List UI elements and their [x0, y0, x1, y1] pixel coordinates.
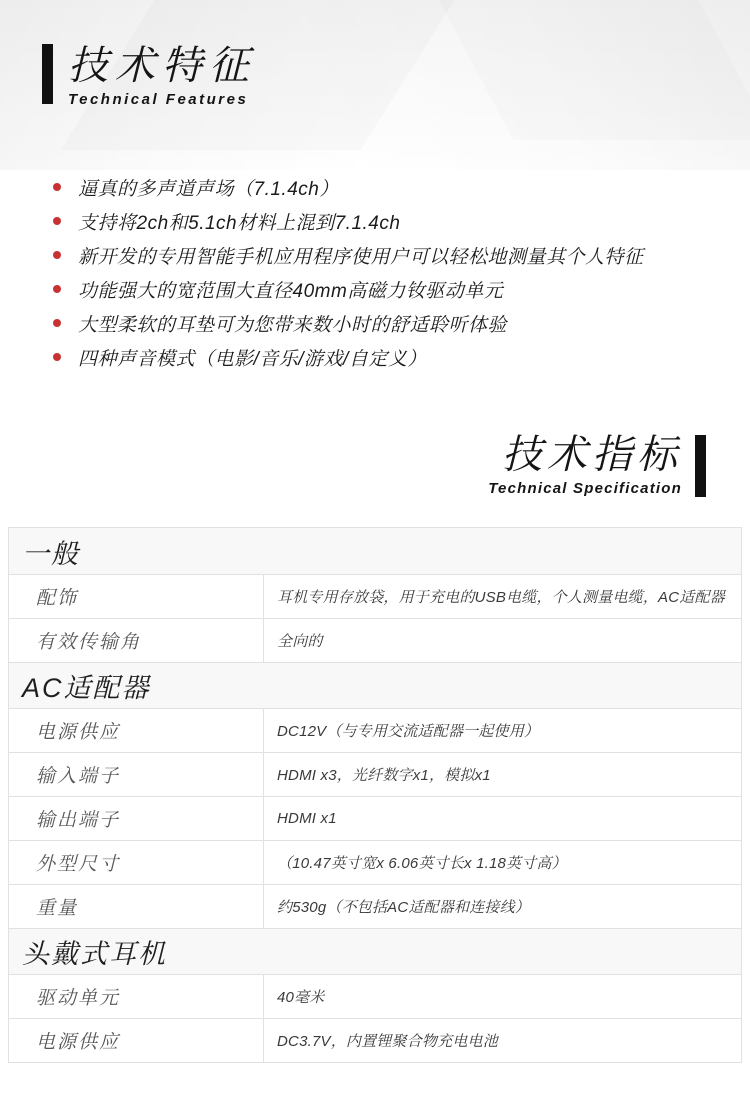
spec-value: 约530g（不包括AC适配器和连接线）	[264, 885, 741, 928]
features-subtitle: Technical Features	[68, 91, 256, 108]
spec-value: HDMI x1	[264, 797, 741, 840]
feature-text: 四种声音模式（电影/音乐/游戏/自定义）	[78, 344, 427, 371]
bullet-dot-icon	[53, 319, 61, 327]
background-polygon	[407, 0, 750, 140]
product-spec-page: 技术特征 Technical Features 逼真的多声道声场（7.1.4ch…	[0, 0, 750, 1093]
title-accent-bar	[695, 435, 706, 497]
spec-row: 外型尺寸 （10.47英寸宽x 6.06英寸长x 1.18英寸高）	[9, 840, 741, 884]
spec-section-title: AC适配器	[22, 666, 151, 705]
spec-section-header: 头戴式耳机	[9, 928, 741, 974]
feature-text: 新开发的专用智能手机应用程序使用户可以轻松地测量其个人特征	[78, 242, 644, 269]
feature-item: 支持将2ch和5.1ch材料上混到7.1.4ch	[42, 204, 644, 238]
bullet-dot-icon	[53, 285, 61, 293]
spec-label: 外型尺寸	[9, 841, 264, 884]
spec-label: 电源供应	[9, 709, 264, 752]
feature-item: 新开发的专用智能手机应用程序使用户可以轻松地测量其个人特征	[42, 238, 644, 272]
feature-item: 逼真的多声道声场（7.1.4ch）	[42, 170, 644, 204]
spec-value: DC3.7V，内置锂聚合物充电电池	[264, 1019, 741, 1062]
specs-title-wrap: 技术指标 Technical Specification	[488, 433, 682, 497]
spec-value: 全向的	[264, 619, 741, 662]
spec-section-title: 头戴式耳机	[22, 932, 167, 971]
spec-label: 配饰	[9, 575, 264, 618]
spec-value: HDMI x3，光纤数字x1，模拟x1	[264, 753, 741, 796]
spec-label: 有效传输角	[9, 619, 264, 662]
specs-subtitle: Technical Specification	[488, 480, 682, 497]
bullet-dot-icon	[53, 251, 61, 259]
spec-value: 40毫米	[264, 975, 741, 1018]
feature-text: 支持将2ch和5.1ch材料上混到7.1.4ch	[78, 208, 400, 235]
features-header: 技术特征 Technical Features	[42, 44, 256, 108]
spec-row: 输入端子 HDMI x3，光纤数字x1，模拟x1	[9, 752, 741, 796]
spec-section-header: 一般	[9, 528, 741, 574]
spec-label: 驱动单元	[9, 975, 264, 1018]
title-accent-bar	[42, 44, 53, 104]
spec-value: DC12V（与专用交流适配器一起使用）	[264, 709, 741, 752]
specs-title: 技术指标	[488, 433, 682, 477]
spec-row: 驱动单元 40毫米	[9, 974, 741, 1018]
spec-row: 重量 约530g（不包括AC适配器和连接线）	[9, 884, 741, 928]
spec-section-title: 一般	[22, 532, 80, 571]
spec-row: 配饰 耳机专用存放袋，用于充电的USB电缆，个人测量电缆，AC适配器	[9, 574, 741, 618]
spec-row: 电源供应 DC12V（与专用交流适配器一起使用）	[9, 708, 741, 752]
spec-label: 重量	[9, 885, 264, 928]
spec-table: 一般 配饰 耳机专用存放袋，用于充电的USB电缆，个人测量电缆，AC适配器 有效…	[8, 527, 742, 1063]
spec-label: 输入端子	[9, 753, 264, 796]
feature-item: 功能强大的宽范围大直径40mm高磁力钕驱动单元	[42, 272, 644, 306]
feature-item: 大型柔软的耳垫可为您带来数小时的舒适聆听体验	[42, 306, 644, 340]
spec-value: （10.47英寸宽x 6.06英寸长x 1.18英寸高）	[264, 841, 741, 884]
features-title: 技术特征	[68, 44, 256, 88]
spec-row: 输出端子 HDMI x1	[9, 796, 741, 840]
bullet-dot-icon	[53, 353, 61, 361]
spec-section-header: AC适配器	[9, 662, 741, 708]
feature-list: 逼真的多声道声场（7.1.4ch） 支持将2ch和5.1ch材料上混到7.1.4…	[42, 170, 644, 374]
bullet-dot-icon	[53, 217, 61, 225]
features-title-wrap: 技术特征 Technical Features	[68, 44, 256, 108]
spec-value: 耳机专用存放袋，用于充电的USB电缆，个人测量电缆，AC适配器	[264, 575, 741, 618]
specs-header: 技术指标 Technical Specification	[488, 433, 706, 497]
feature-text: 功能强大的宽范围大直径40mm高磁力钕驱动单元	[78, 276, 503, 303]
spec-label: 电源供应	[9, 1019, 264, 1062]
spec-row: 电源供应 DC3.7V，内置锂聚合物充电电池	[9, 1018, 741, 1062]
feature-item: 四种声音模式（电影/音乐/游戏/自定义）	[42, 340, 644, 374]
spec-row: 有效传输角 全向的	[9, 618, 741, 662]
feature-text: 大型柔软的耳垫可为您带来数小时的舒适聆听体验	[78, 310, 507, 337]
bullet-dot-icon	[53, 183, 61, 191]
spec-label: 输出端子	[9, 797, 264, 840]
feature-text: 逼真的多声道声场（7.1.4ch）	[78, 174, 339, 201]
